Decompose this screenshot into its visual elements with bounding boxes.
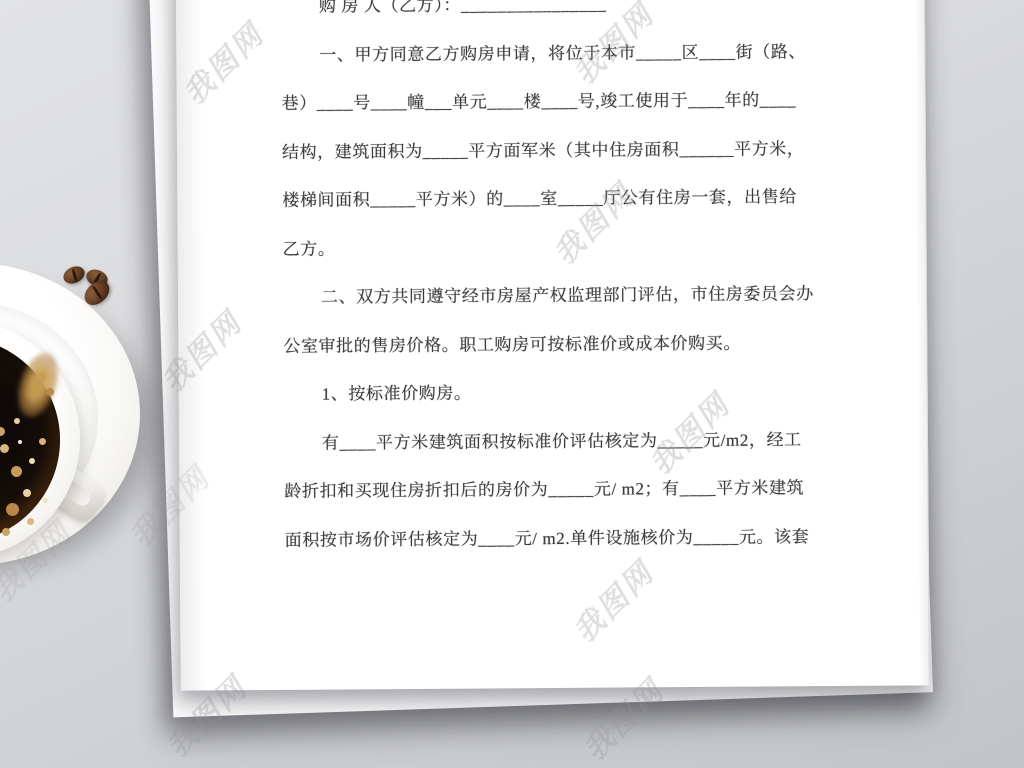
scene-background: 购 房 人（乙方）：________________ 一、甲方同意乙方购房申请，… <box>0 0 1024 768</box>
coffee-bubble <box>0 444 9 453</box>
document-line: 结构，建筑面积为_____平方面军米（其中住房面积______平方米， <box>282 124 842 176</box>
coffee-bean <box>61 263 88 287</box>
document-line: 一、甲方同意乙方购房申请，将位于本市_____区____街（路、 <box>281 27 841 79</box>
coffee-bubble <box>11 466 22 477</box>
coffee-bubble <box>27 518 34 525</box>
document-text: 购 房 人（乙方）：________________ 一、甲方同意乙方购房申请，… <box>281 0 845 565</box>
paper-sheet: 购 房 人（乙方）：________________ 一、甲方同意乙方购房申请，… <box>175 0 929 691</box>
coffee-bubble <box>29 458 35 464</box>
document-line: 龄折扣和买现住房折扣后的房价为_____元/ m2；有____平方米建筑 <box>284 464 844 516</box>
coffee-bubble <box>2 528 10 536</box>
coffee-bubble <box>18 440 22 444</box>
document-line: 乙方。 <box>282 221 842 273</box>
document-line: 面积按市场价评估核定为____元/ m2.单件设施核价为_____元。该套 <box>285 512 845 564</box>
coffee-bubble <box>6 503 19 516</box>
coffee-bubble <box>36 372 46 382</box>
coffee-bubble <box>23 489 31 497</box>
coffee-bubble <box>39 438 46 445</box>
document-line: 巷）____号____幢___单元____楼____号,竣工使用于____年的_… <box>281 76 841 128</box>
document-line: 1、按标准价购房。 <box>283 367 843 419</box>
coffee-bubble <box>46 388 54 396</box>
document-line: 有____平方米建筑面积按标准价评估核定为_____元/m2，经工 <box>284 415 844 467</box>
document-line: 二、双方共同遵守经市房屋产权监理部门评估，市住房委员会办 <box>283 270 843 322</box>
coffee-bubble <box>14 418 20 424</box>
document-line: 楼梯间面积_____平方米）的____室_____厅公有住房一套，出售给 <box>282 173 842 225</box>
document-line: 购 房 人（乙方）：________________ <box>281 0 841 31</box>
coffee-bubble <box>43 498 48 503</box>
document-line: 公室审批的售房价格。职工购房可按标准价或成本价购买。 <box>283 318 843 370</box>
